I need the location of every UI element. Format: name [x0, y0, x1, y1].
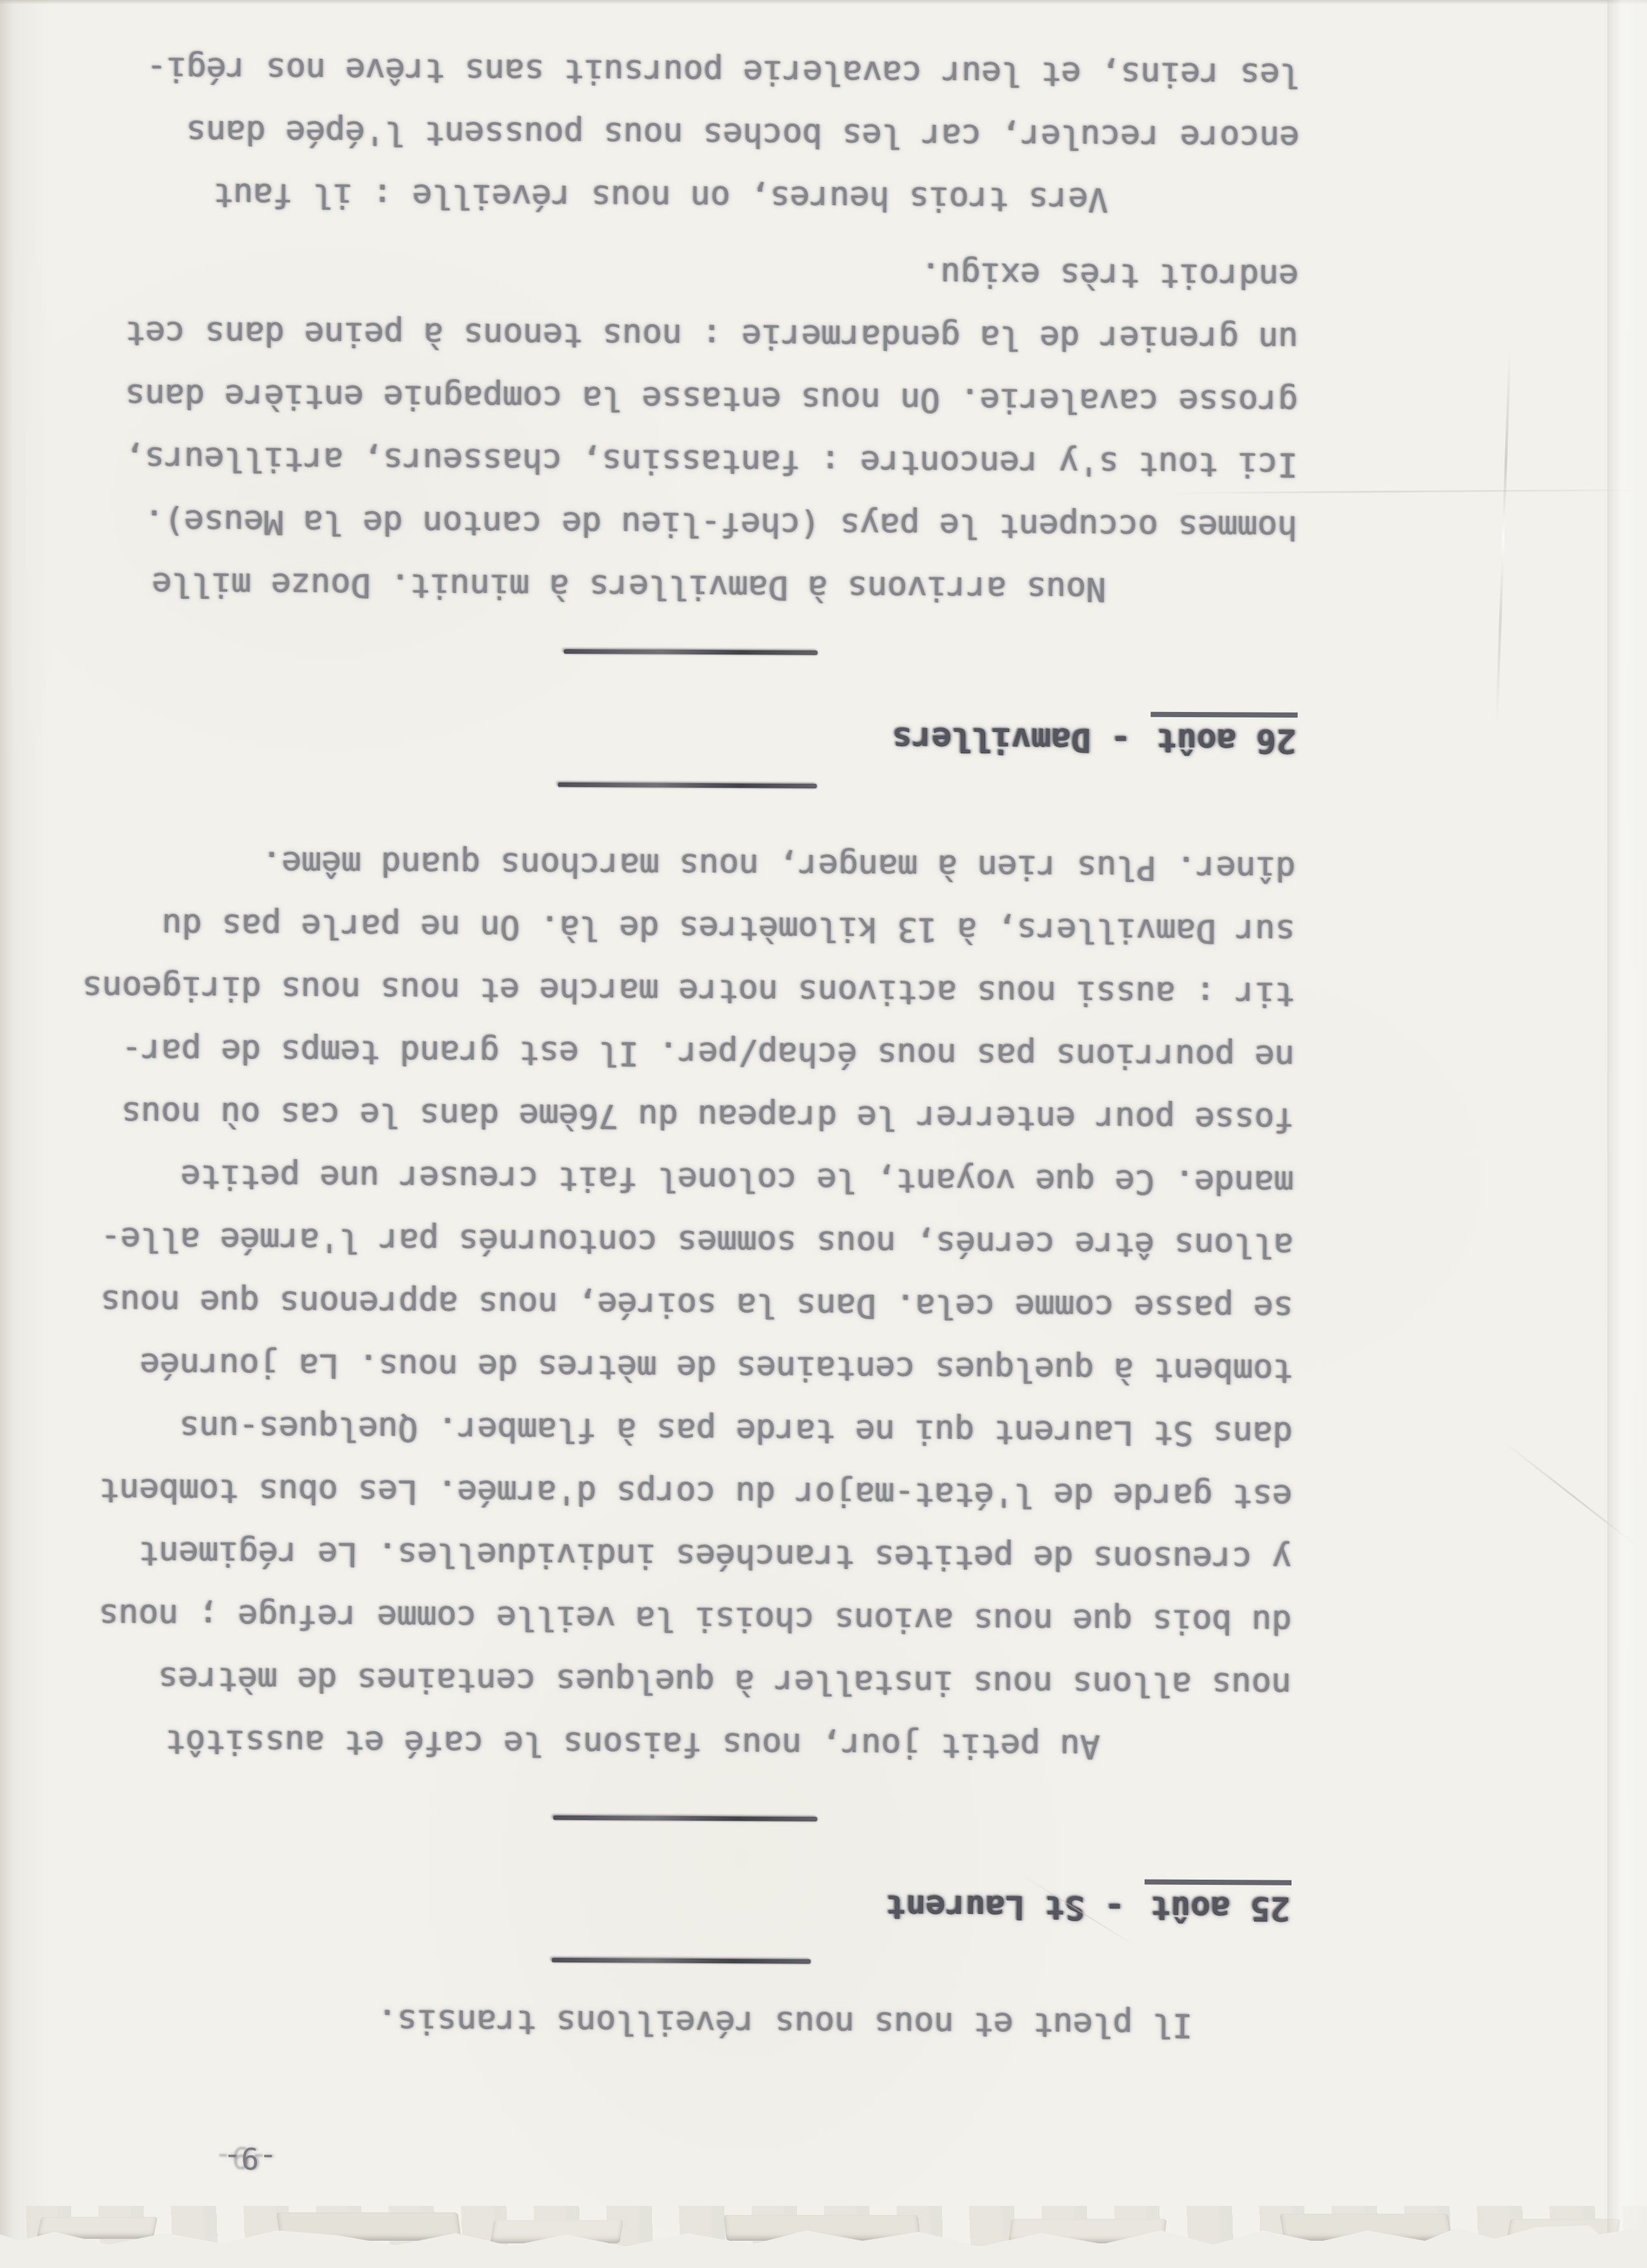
typed-content-rotated: -9- Il pleut et nous nous réveillons tra… — [0, 0, 1647, 2268]
typed-line: est garde de l'état-major du corps d'arm… — [80, 1458, 1292, 1528]
typed-line: Nous arrivons à Damvillers à minuit. Dou… — [124, 552, 1106, 620]
typed-line: Ici tout s'y rencontre : fantassins, cha… — [125, 427, 1298, 495]
torn-edge-flap — [490, 2220, 623, 2243]
typed-line: allons être cernés, nous sommes contourn… — [81, 1207, 1294, 1276]
typed-line: les reins, et leur cavalerie poursuit sa… — [146, 38, 1299, 106]
separator-rule — [553, 1816, 817, 1821]
typed-line: endroit très exigu. — [126, 238, 1299, 307]
separator-rule — [552, 1958, 811, 1964]
torn-edge-flap — [1507, 2219, 1620, 2241]
entry-heading-26-aout: 26 août - Damvillers — [892, 718, 1296, 761]
paper-edge-left — [0, 0, 13, 2268]
torn-edge-flap — [1280, 2214, 1453, 2241]
typed-line: tombent à quelques centaines de mètres d… — [80, 1333, 1293, 1402]
entry-26-paragraph-alert: Vers trois heures, on nous réveille : il… — [146, 38, 1299, 232]
typed-line: nous allons nous installer à quelques ce… — [78, 1647, 1291, 1716]
entry-26-paragraph-arrival: Nous arrivons à Damvillers à minuit. Dou… — [124, 238, 1299, 621]
typed-line: mande. Ce que voyant, le colonel fait cr… — [81, 1144, 1294, 1214]
entry-heading-25-aout: 25 août - St Laurent — [886, 1885, 1290, 1929]
typed-line: dans St Laurent qui ne tarde pas à flamb… — [80, 1395, 1292, 1465]
typed-line: du bois que nous avions choisi la veille… — [79, 1584, 1292, 1653]
typed-line: y creusons de petites tranchées individu… — [79, 1521, 1292, 1590]
entry-place: - Damvillers — [892, 720, 1150, 759]
typed-line: dîner. Plus rien à manger, nous marchons… — [83, 830, 1295, 900]
entry-date-underlined: 25 août — [1145, 1880, 1292, 1928]
typed-line: ne pourrions pas nous échap/per. Il est … — [82, 1019, 1294, 1088]
torn-edge-flap — [276, 2212, 462, 2241]
paper-edge-top — [0, 0, 1647, 5]
typed-line: sur Damvillers, à 13 kilomètres de là. O… — [82, 893, 1295, 962]
typed-line: encore reculer, car les boches nous pous… — [146, 100, 1299, 169]
torn-edge-flap — [36, 2217, 157, 2239]
intro-line: Il pleut et nous nous réveillons transis… — [377, 1989, 1193, 2056]
paper-edge-right — [1608, 0, 1647, 2268]
entry-date-underlined: 26 août — [1150, 712, 1297, 760]
torn-edge-flap — [1009, 2219, 1167, 2243]
typed-line: un grenier de la gendarmerie : nous teno… — [126, 301, 1299, 370]
paper-sheet: -9- Il pleut et nous nous réveillons tra… — [0, 0, 1647, 2268]
entry-25-paragraph: Au petit jour, nous faisons le café et a… — [78, 830, 1296, 1779]
typed-line: tir : aussi nous activons notre marche e… — [82, 956, 1295, 1025]
separator-rule — [564, 649, 818, 655]
scanned-page: -9- Il pleut et nous nous réveillons tra… — [0, 0, 1647, 2268]
entry-place: - St Laurent — [886, 1887, 1144, 1927]
page-number: -9- — [223, 2140, 276, 2175]
typed-line: se passe comme cela. Dans la soirée, nou… — [80, 1270, 1293, 1339]
typed-line: grosse cavalerie. On nous entasse la com… — [125, 364, 1298, 432]
typed-line: hommes occupent le pays (chef-lieu de ca… — [124, 489, 1297, 558]
separator-rule — [558, 783, 817, 788]
typed-line: Au petit jour, nous faisons le café et a… — [78, 1709, 1100, 1777]
typed-line: Vers trois heures, on nous réveille : il… — [146, 163, 1108, 231]
torn-edge-flap — [724, 2215, 921, 2241]
typed-line: fosse pour enterrer le drapeau du 76ème … — [82, 1082, 1294, 1151]
